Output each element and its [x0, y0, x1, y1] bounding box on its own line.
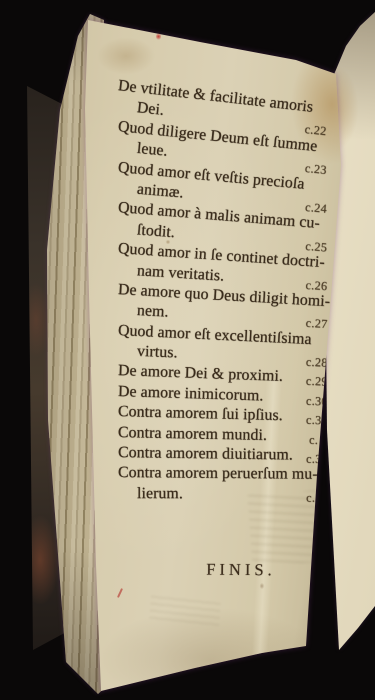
chapter-number: c. 2 [309, 432, 328, 446]
toc-entry-text: Contra amorem mundi. [118, 424, 267, 444]
finis-text: FINIS. [135, 559, 347, 581]
toc-entry-text: Contra amorem diuitiarum. [118, 444, 293, 464]
red-ink-fleck [156, 33, 161, 40]
toc-entry-text: Contra amorem ſui ipſius. [118, 403, 283, 424]
toc-entry-text: Contra amorem peruerſum mu- [118, 464, 318, 483]
chapter-number: c.26 [305, 277, 328, 292]
toc-entry-text: lierum. [137, 485, 183, 502]
chapter-number: c.27 [305, 316, 328, 331]
chapter-number: c.34 [306, 490, 328, 504]
chapter-number: c.29 [306, 374, 328, 389]
chapter-number: c.33 [306, 451, 328, 465]
toc-entry-text: De amore inimicorum. [118, 383, 264, 404]
toc-entry-text: Dei. [136, 99, 165, 119]
show-through-smudge [149, 594, 221, 629]
book-page-wrap: De vtilitate & facilitate amorisDei.c.22… [0, 0, 375, 700]
chapter-number: c.31 [306, 412, 328, 427]
table-of-contents: De vtilitate & facilitate amorisDei.c.22… [118, 76, 330, 504]
toc-entry-text: leue. [136, 140, 168, 160]
toc-entry-text: virtus. [137, 343, 178, 362]
book-page: De vtilitate & facilitate amorisDei.c.22… [0, 0, 375, 700]
book-photo: De vtilitate & facilitate amorisDei.c.22… [0, 0, 375, 700]
toc-line: lierum.c.34 [118, 484, 330, 505]
toc-entry-text: nem. [137, 302, 169, 321]
toc-entry-text: ſtodit. [136, 221, 175, 241]
toc-line: Contra amorem peruerſum mu- [118, 463, 330, 485]
toc-entry-text: animæ. [136, 181, 184, 202]
chapter-number: c.30 [306, 393, 328, 408]
